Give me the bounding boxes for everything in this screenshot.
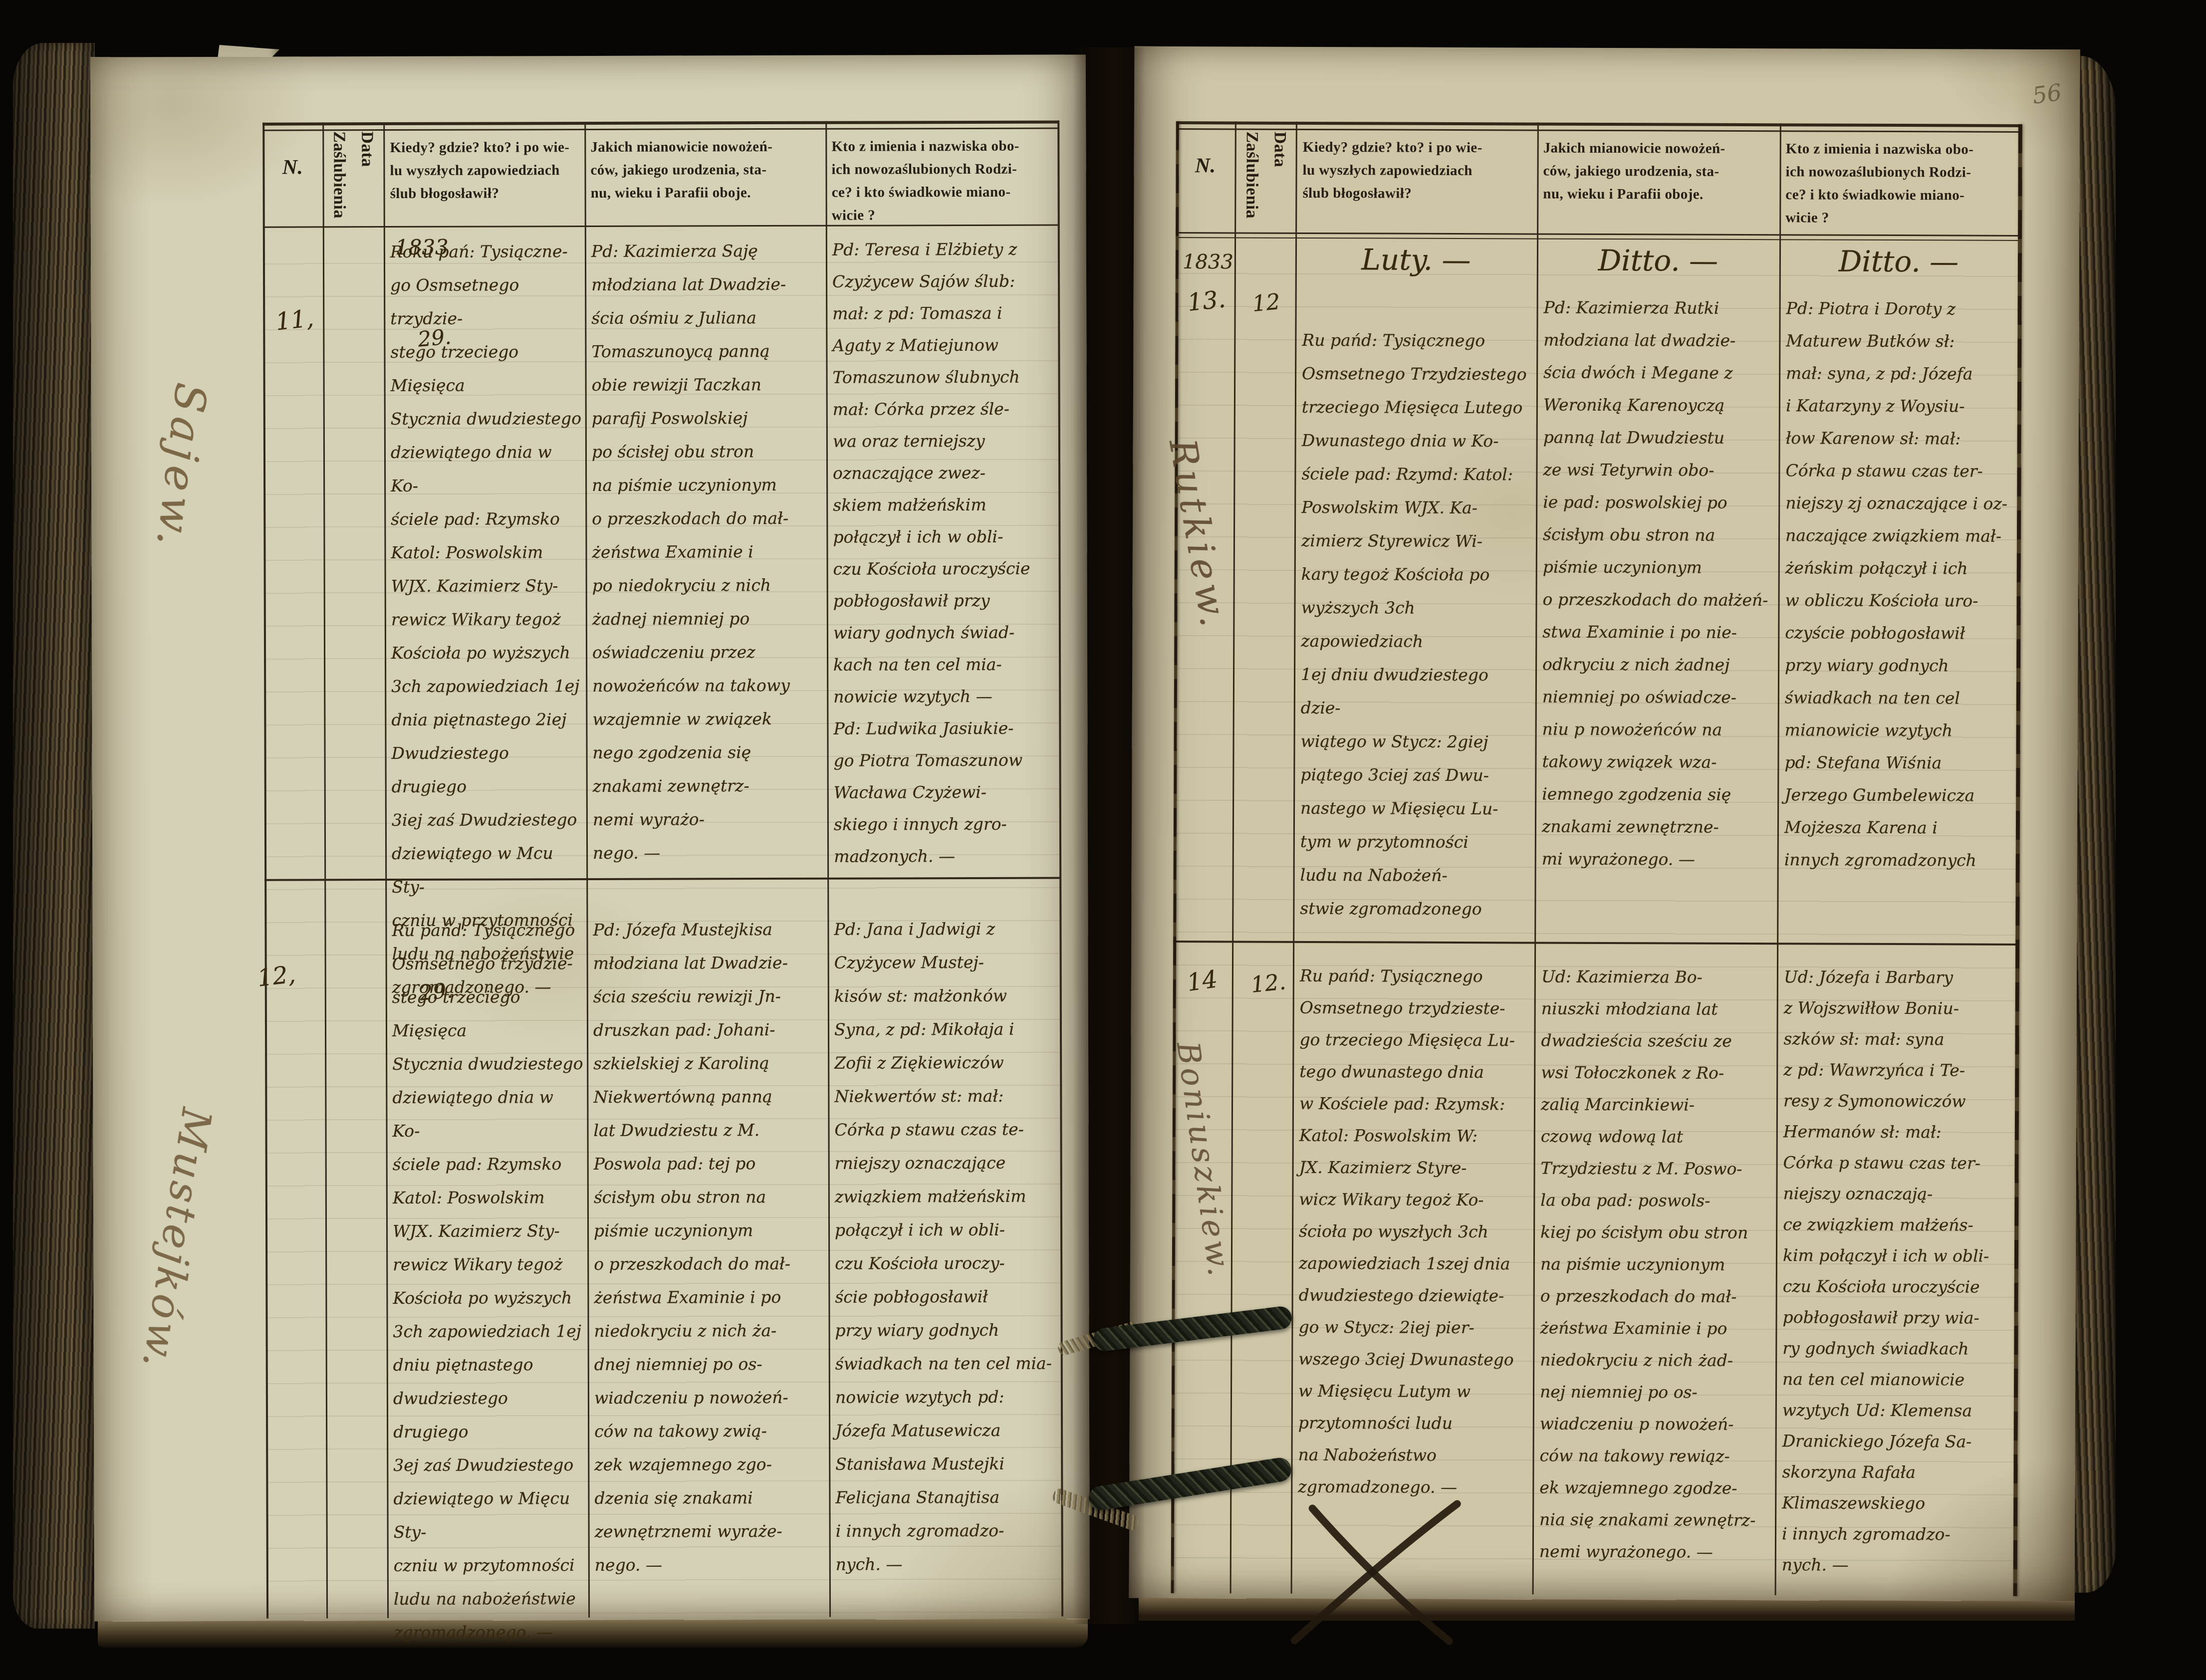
table-top-rule-2 [1176,128,2019,133]
record-number: 11, [274,304,315,336]
header-col-when: Kiedy? gdzie? kto? i po wie- lu wyszłych… [1302,136,1534,206]
marriage-day: 12 [1251,289,1281,317]
header-date-label: Data Zaślubienia [325,131,381,341]
header-col-who: Jakich mianowicie nowożeń- ców, jakiego … [590,135,825,205]
column-rule [1532,123,1539,1595]
right-page: N. Data Zaślubienia Kiedy? gdzie? kto? i… [1129,46,2080,1602]
entry-who-text: Pd: Józefa Mustejkisa młodziana lat Dwad… [593,913,827,1582]
entry-parents-text: Pd: Jana i Jadwigi z Czyżycew Mustej- ki… [834,912,1060,1581]
entry-when-text: Ru pańd: Tysiącznego Osmsetnego trzydzie… [392,913,586,1649]
left-page-bottom-edge [98,1617,1088,1648]
margin-surname-note: Sajew. [146,380,216,554]
ditto-mark: Ditto. — [1779,244,2018,279]
header-n: N. [262,155,322,179]
header-col-when: Kiedy? gdzie? kto? i po wie- lu wyszłych… [390,136,585,205]
table-top-rule-2 [262,128,1058,131]
ditto-mark: Ditto. — [1537,243,1779,278]
entry-parents-text: Pd: Piotra i Doroty z Maturew Butków sł:… [1784,292,2015,877]
entry-who-text: Pd: Kazimierza Rutki młodziana lat dwadz… [1542,291,1776,876]
table-left-border [262,123,268,1619]
header-n: N. [1176,154,1235,178]
header-bottom-rule [1176,232,2019,237]
page-number: 56 [2031,78,2063,109]
record-number: 12, [256,960,297,992]
entry-when-text: Ru pańd: Tysiącznego Osmsetnego Trzydzie… [1300,323,1531,926]
header-bottom-rule-2 [1176,237,2019,241]
column-rule [1230,121,1236,1593]
header-col-parents: Kto z imienia i nazwiska obo- ich nowoza… [831,135,1058,227]
column-rule [383,122,389,1618]
margin-surname-note: Rutkiew. [1161,436,1236,633]
margin-surname-note: Mustejków. [133,1105,221,1374]
x-cancellation-mark [1284,1491,1465,1646]
entry-who-text: Pd: Kazimierza Saję młodziana lat Dwadzi… [591,234,825,870]
entry-when-text: Ru pańd: Tysiącznego Osmsetnego trzydzie… [1298,960,1529,1504]
table-top-rule [262,121,1058,126]
entry-when-text: Roku pań: Tysiączne- go Osmsetnego trzyd… [390,235,585,1004]
left-page: N. Data Zaślubienia Kiedy? gdzie? kto? i… [90,54,1090,1621]
record-number: 13. [1186,285,1227,316]
entry-who-text: Ud: Kazimierza Bo- niuszki młodziana lat… [1539,961,1774,1569]
marriage-day: 12. [1249,969,1287,998]
book-scan: { "page_number": "56", "colors": { "pape… [0,0,2206,1680]
column-rule [322,122,328,1618]
record-number: 14 [1185,965,1219,997]
entry-parents-text: Ud: Józefa i Barbary z Wojszwiłłow Boniu… [1782,961,2012,1581]
margin-surname-note: Boniuszkiew. [1170,1039,1238,1281]
entry-parents-text: Pd: Teresa i Elżbiety z Czyżycew Sajów ś… [832,234,1058,873]
header-col-who: Jakich mianowicie nowożeń- ców, jakiego … [1543,137,1777,207]
header-col-parents: Kto z imienia i nazwiska obo- ich nowoza… [1785,137,2016,230]
month-header: Luty. — [1295,242,1537,277]
table-top-rule [1176,121,2019,127]
row-divider [264,877,1060,881]
book-left-fore-edge [13,43,95,1629]
book-gutter-shadow [1073,47,1145,1624]
year-value: 1833 [1183,250,1233,273]
row-divider [1173,941,2016,946]
table-left-border [1171,121,1179,1593]
